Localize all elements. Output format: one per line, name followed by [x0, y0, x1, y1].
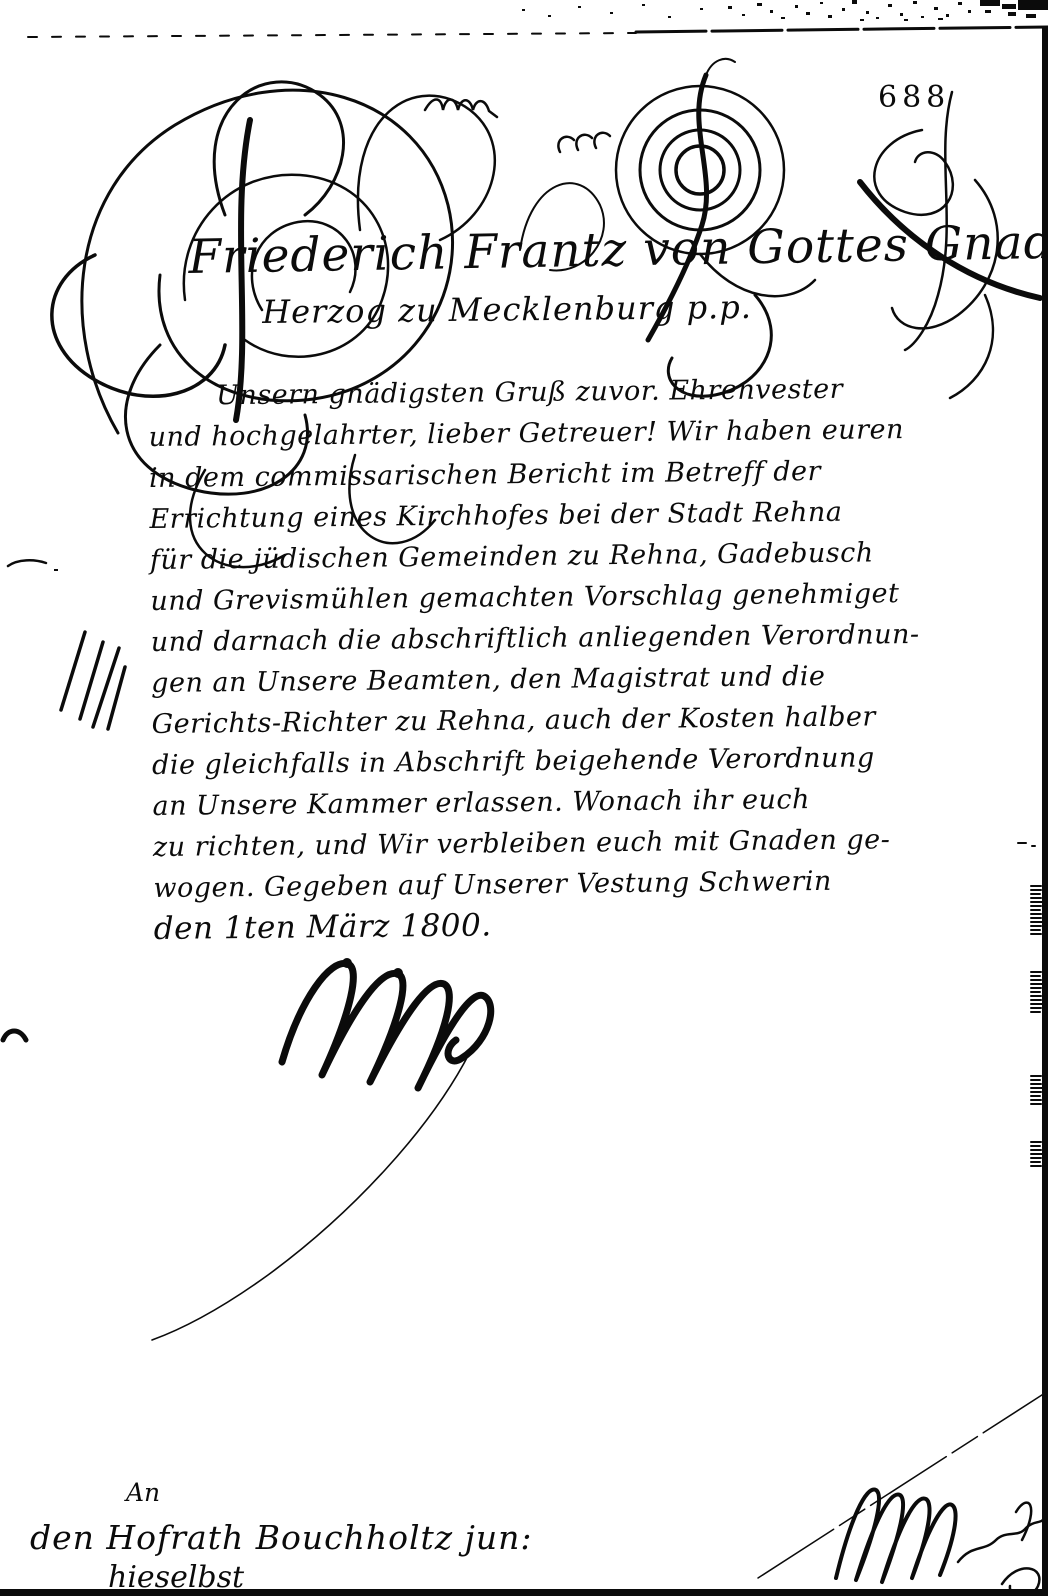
signature-tail — [152, 1052, 470, 1340]
address-salutation: An — [126, 1478, 160, 1507]
margin-tally-marks — [61, 632, 125, 729]
folio-number: 688 — [878, 80, 950, 115]
address-line1: den Hofrath Bouchholtz jun: — [30, 1518, 533, 1557]
scan-page: 688 Friederich Frantz von Gottes Gnaden … — [0, 0, 1048, 1596]
heading-line-secondary: Herzog zu Mecklenburg p.p. — [262, 288, 752, 331]
body-line-date: den 1ten März 1800. — [154, 900, 1034, 950]
countersignature-underline — [758, 1393, 1045, 1578]
heading-line-primary: Friederich Frantz von Gottes Gnaden — [188, 214, 1048, 285]
margin-dash — [8, 560, 46, 566]
address-line2: hieselbst — [108, 1560, 244, 1595]
body-text: Unsern gnädigsten Gruß zuvor. Ehrenveste… — [148, 367, 1034, 950]
scan-artifact-top-line — [28, 27, 1048, 37]
margin-comma-mark — [3, 1031, 26, 1040]
ducal-signature-flourish — [152, 958, 491, 1340]
countersignature-flourish — [758, 1393, 1045, 1596]
